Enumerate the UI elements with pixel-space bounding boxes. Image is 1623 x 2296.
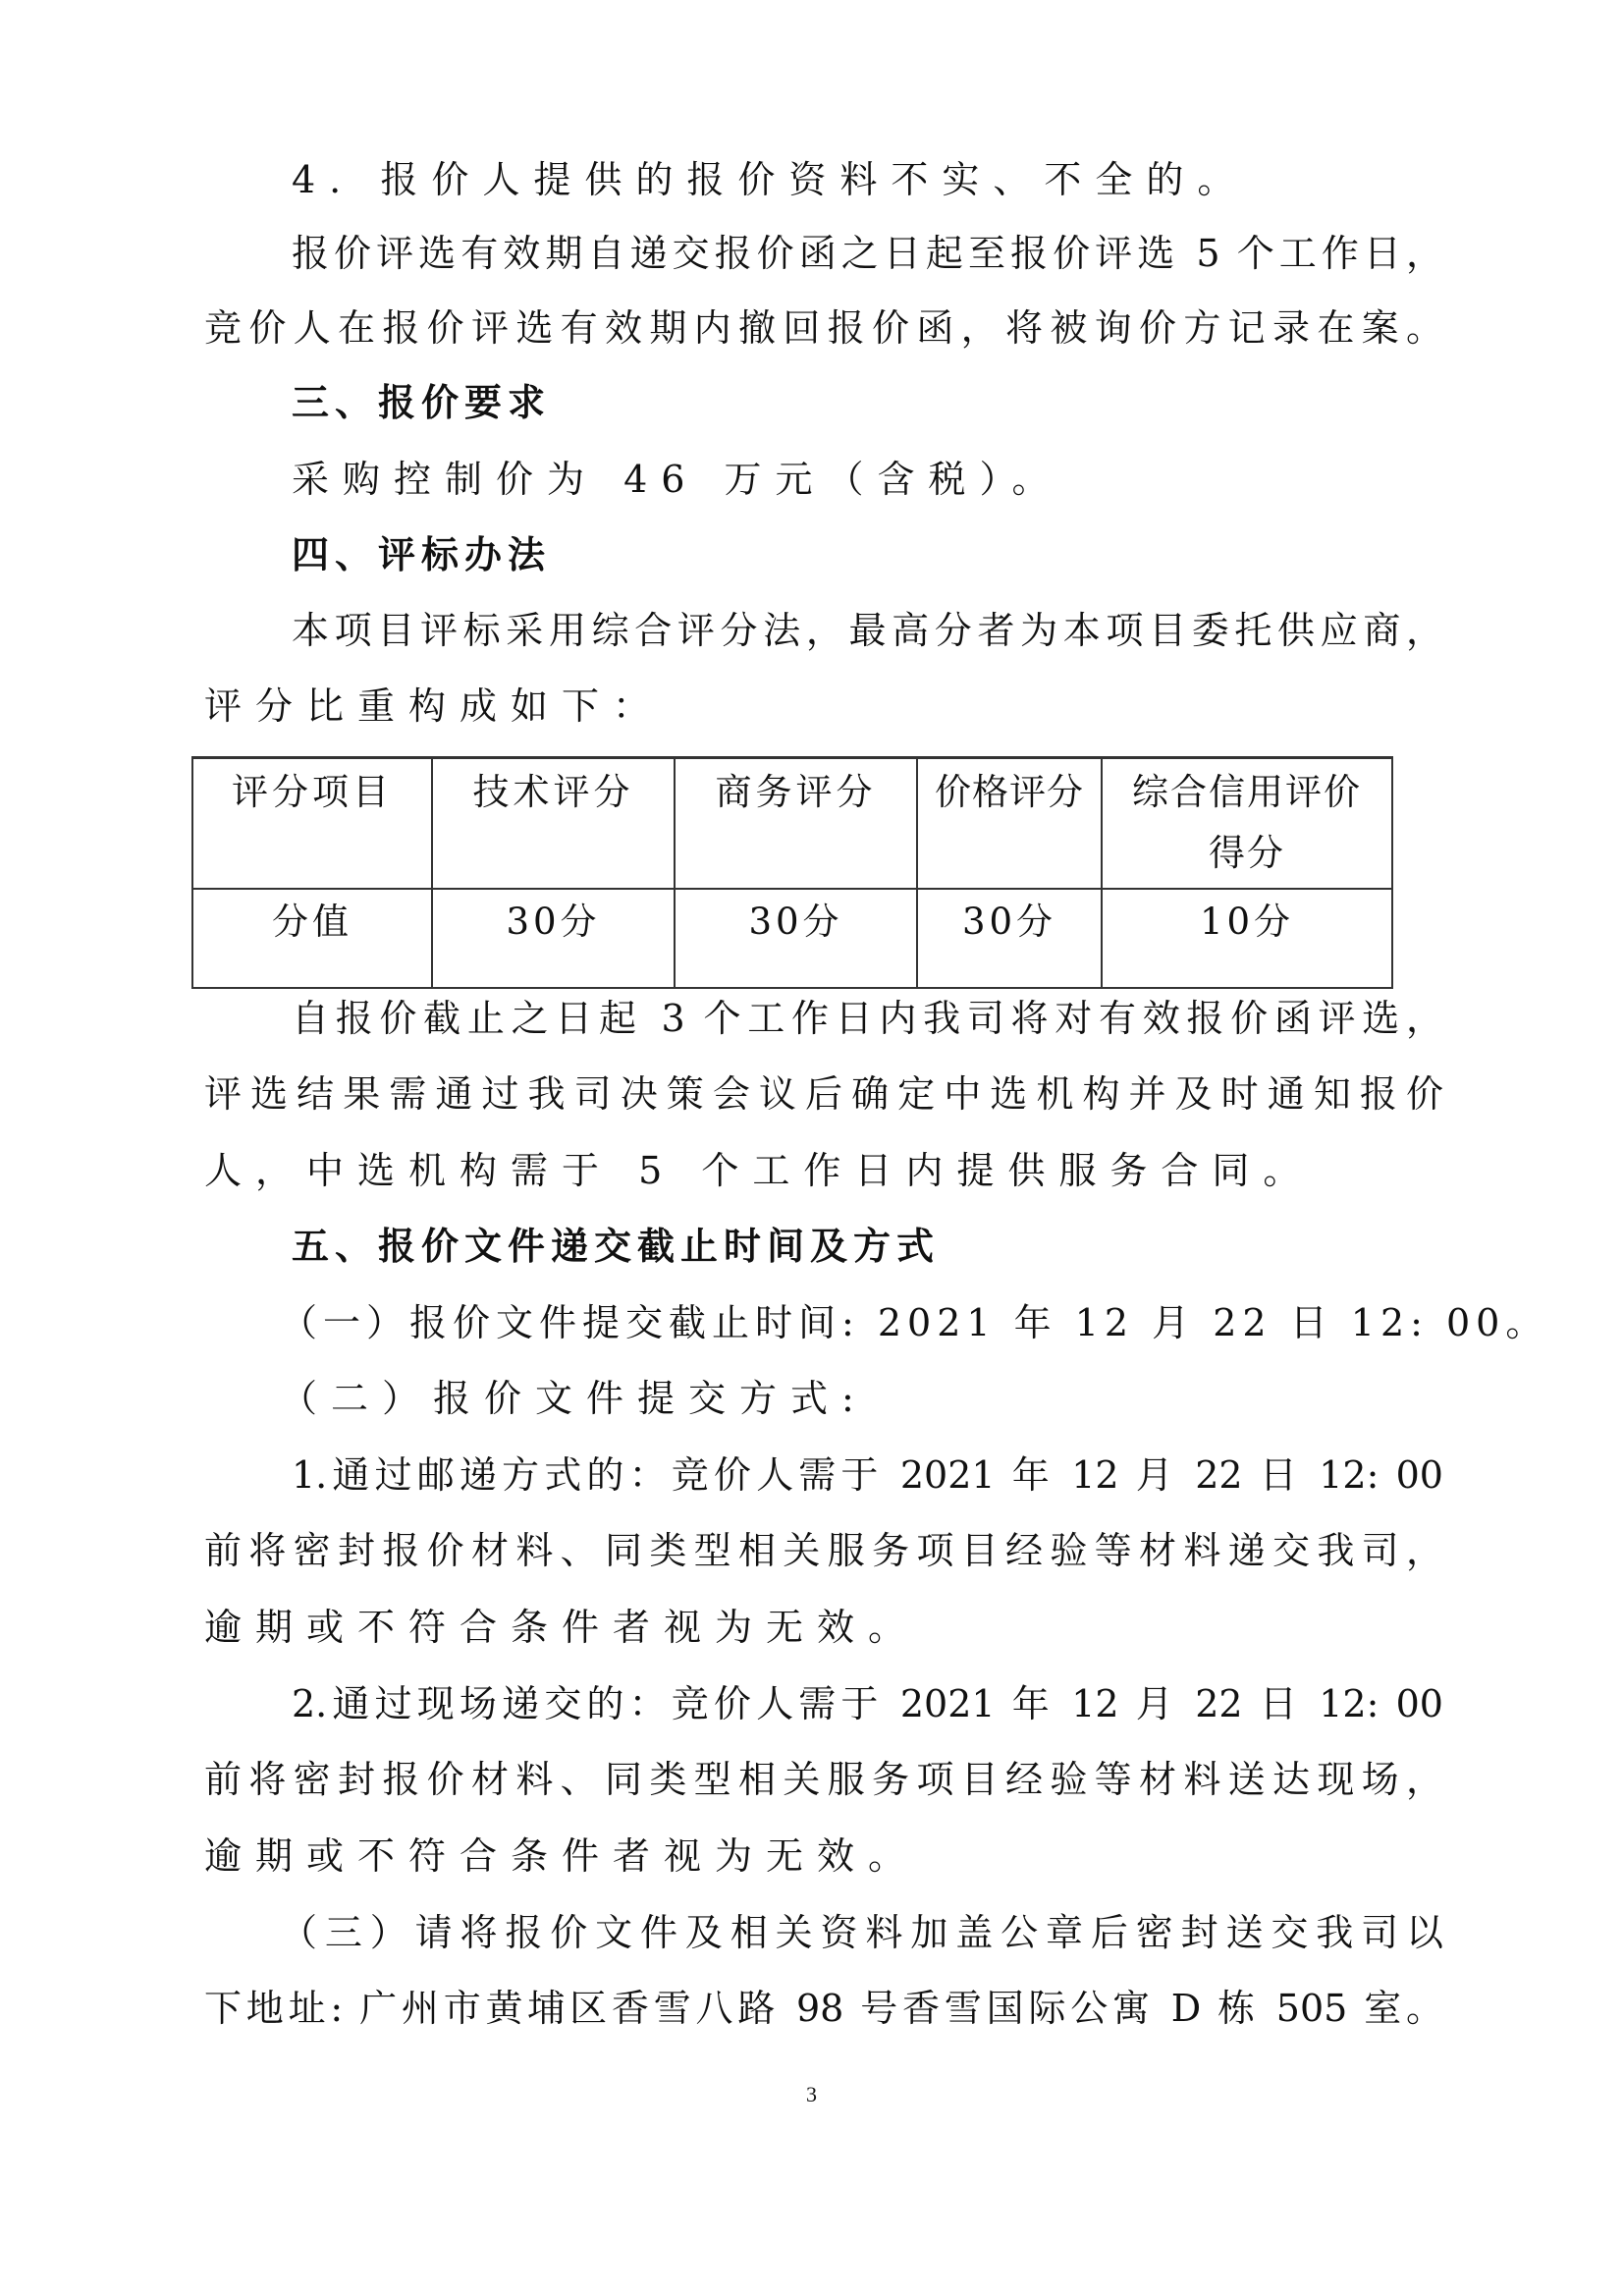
method-onsite-line-2: 前将密封报价材料、同类型相关服务项目经验等材料送达现场， [204,1742,1443,1818]
table-cell-label: 分值 [192,889,432,988]
document-page: 4. 报价人提供的报价资料不实、不全的。 报价评选有效期自递交报价函之日起至报价… [0,0,1623,2296]
table-header-row: 评分项目 技术评分 商务评分 价格评分 综合信用评价 得分 [192,758,1392,890]
paragraph-timeline-line-3: 人，中选机构需于 5 个工作日内提供服务合同。 [204,1133,1443,1209]
table-cell-business-value: 30分 [675,889,917,988]
subsection-address-line-1: （三）请将报价文件及相关资料加盖公章后密封送交我司以 [280,1895,1443,1971]
subsection-submission-method: （二）报价文件提交方式: [280,1361,1443,1437]
table-row: 分值 30分 30分 30分 10分 [192,889,1392,988]
paragraph-evaluation-line-1: 本项目评标采用综合评分法，最高分者为本项目委托供应商， [292,593,1443,669]
table-cell-technical-value: 30分 [432,889,675,988]
paragraph-validity-line-1: 报价评选有效期自递交报价函之日起至报价评选 5 个工作日， [292,216,1443,292]
subsection-deadline: （一）报价文件提交截止时间: 2021 年 12 月 22 日 12: 00。 [280,1285,1443,1361]
method-mail-line-3: 逾期或不符合条件者视为无效。 [204,1590,1443,1666]
method-onsite-line-3: 逾期或不符合条件者视为无效。 [204,1819,1443,1894]
page-number: 3 [0,2082,1623,2107]
subsection-address-line-2: 下地址: 广州市黄埔区香雪八路 98 号香雪国际公寓 D 栋 505 室。 [204,1971,1443,2047]
score-weight-table: 评分项目 技术评分 商务评分 价格评分 综合信用评价 得分 分值 30分 30分… [191,756,1393,989]
paragraph-validity-line-2: 竞价人在报价评选有效期内撤回报价函，将被询价方记录在案。 [204,291,1443,366]
table-header-cell-price: 价格评分 [917,758,1102,890]
paragraph-evaluation-line-2: 评分比重构成如下： [204,669,1443,744]
method-mail-line-1: 1.通过邮递方式的：竞价人需于 2021 年 12 月 22 日 12: 00 [292,1438,1443,1513]
paragraph-control-price: 采购控制价为 46 万元（含税）。 [292,442,1443,518]
section-heading-submission: 五、报价文件递交截止时间及方式 [292,1209,1443,1285]
method-mail-line-2: 前将密封报价材料、同类型相关服务项目经验等材料递交我司， [204,1513,1443,1589]
table-cell-price-value: 30分 [917,889,1102,988]
table-header-cell-credit: 综合信用评价 得分 [1102,758,1392,890]
method-onsite-line-1: 2.通过现场递交的：竞价人需于 2021 年 12 月 22 日 12: 00 [292,1667,1443,1742]
table-header-credit-line-2: 得分 [1103,823,1391,884]
paragraph-timeline-line-2: 评选结果需通过我司决策会议后确定中选机构并及时通知报价 [204,1057,1443,1132]
paragraph-timeline-line-1: 自报价截止之日起 3 个工作日内我司将对有效报价函评选， [292,981,1443,1057]
paragraph-item-4: 4. 报价人提供的报价资料不实、不全的。 [292,142,1443,218]
table-header-cell-technical: 技术评分 [432,758,675,890]
section-heading-evaluation-method: 四、评标办法 [292,518,1443,593]
table-header-cell-item: 评分项目 [192,758,432,890]
section-heading-pricing-requirements: 三、报价要求 [292,365,1443,441]
table-header-cell-business: 商务评分 [675,758,917,890]
table-cell-credit-value: 10分 [1102,889,1392,988]
table-header-credit-line-1: 综合信用评价 [1103,762,1391,823]
